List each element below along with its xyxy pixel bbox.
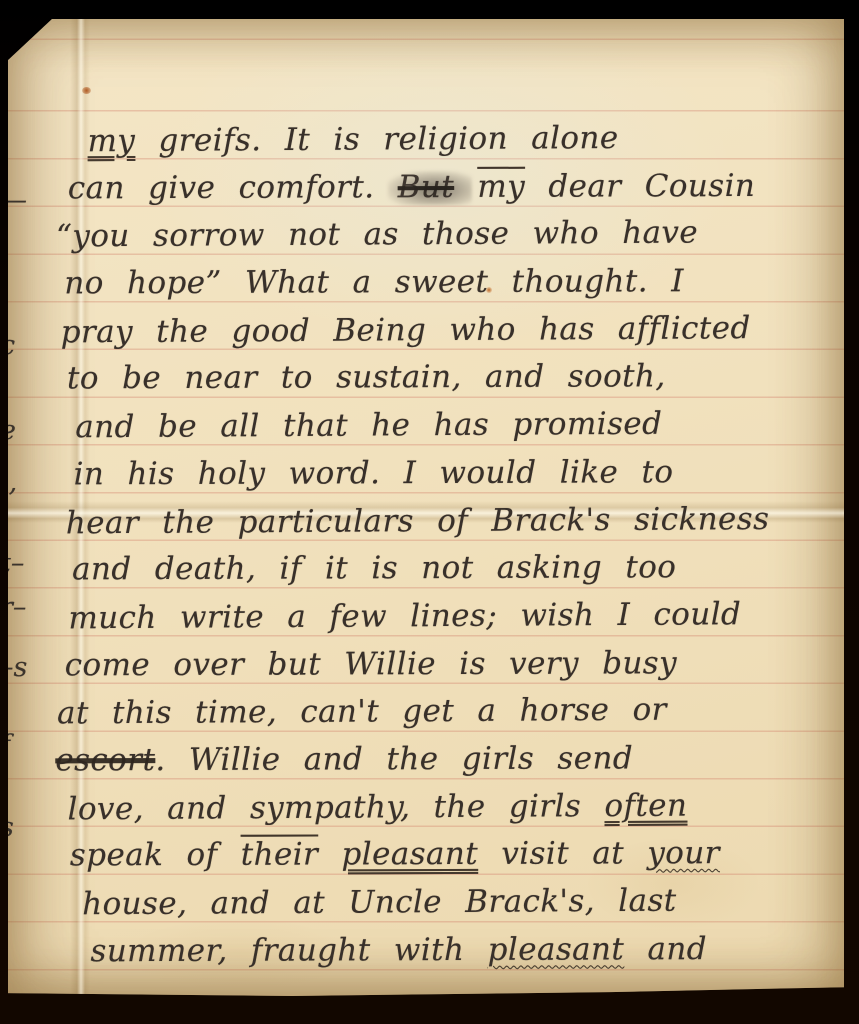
handwriting-segment: their — [241, 837, 319, 873]
handwriting-line: come over but Willie is very busy — [65, 639, 835, 689]
handwriting-segment: my — [87, 123, 135, 159]
margin-ink-fragment: e — [0, 415, 16, 446]
handwriting-line: in his holy word. I would like to — [73, 448, 833, 498]
handwriting-line: speak of their pleasant visit at your — [70, 830, 836, 880]
handwriting-segment: visit at — [478, 836, 647, 873]
margin-ink-fragment: — — [0, 185, 27, 216]
handwriting-segment: escort — [55, 742, 155, 778]
handwriting-segment: pleasant — [341, 836, 478, 872]
handwriting-segment: at this time, can't get a horse or — [57, 692, 667, 732]
margin-ink-fragment: r– — [0, 592, 26, 623]
handwriting-segment: . Willie and the girls send — [155, 740, 633, 778]
handwriting-segment: dear Cousin — [525, 168, 755, 205]
handwriting-segment: “you sorrow not as those who have — [56, 215, 698, 255]
handwriting-segment: no hope” What a sweet thought. I — [64, 263, 684, 301]
handwriting-segment: your — [647, 835, 720, 871]
margin-ink-fragment: f — [0, 730, 10, 761]
handwriting-line: at this time, can't get a horse or — [57, 686, 835, 738]
handwriting-segment: in his holy word. I would like to — [73, 454, 673, 492]
handwriting-segment: and death, if it is not asking too — [72, 549, 676, 587]
handwriting-line: “you sorrow not as those who have — [56, 209, 832, 261]
handwriting-line: hear the particulars of Brack's sickness — [66, 495, 834, 547]
handwriting-segment: love, and sympathy, the girls — [67, 788, 604, 827]
handwriting-line: pray the good Being who has afflicted — [61, 304, 833, 356]
handwriting-segment: to be near to sustain, and sooth, — [67, 359, 666, 397]
handwriting-segment: hear the particulars of Brack's sickness — [66, 501, 770, 541]
handwriting-line: my greifs. It is religion alone — [87, 114, 831, 166]
margin-ink-fragment: s — [0, 812, 14, 843]
handwriting-line: can give comfort. But my dear Cousin — [68, 162, 832, 212]
margin-ink-fragment: l, — [0, 467, 17, 498]
rust-stain — [82, 87, 91, 94]
handwriting-line: and death, if it is not asking too — [72, 544, 834, 594]
scanned-letter-page: —cel,t–r––sfs my greifs. It is religion … — [0, 0, 859, 1024]
handwriting-segment: much write a few lines; wish I could — [68, 596, 741, 636]
margin-ink-fragment: –s — [0, 652, 27, 683]
handwriting-segment: pray the good Being who has afflicted — [61, 310, 751, 350]
margin-ink-fragment: t– — [0, 548, 24, 579]
handwriting-segment: and be all that he has promised — [75, 406, 662, 446]
handwriting-line: and be all that he has promised — [75, 400, 833, 452]
handwriting-segment: my — [477, 168, 525, 204]
handwriting-segment: summer, fraught with — [90, 932, 487, 969]
handwriting-segment: speak of — [70, 837, 241, 874]
letter-paper-sheet: —cel,t–r––sfs my greifs. It is religion … — [8, 19, 844, 997]
handwriting-segment: But — [398, 169, 455, 205]
margin-ink-fragment: c — [0, 330, 15, 361]
handwriting-segment: house, and at Uncle Brack's, last — [82, 883, 677, 923]
handwriting-segment — [454, 169, 477, 205]
handwriting-line: to be near to sustain, and sooth, — [67, 353, 833, 403]
handwriting-segment: can give comfort. — [68, 169, 398, 206]
handwriting-segment: and — [624, 931, 707, 967]
handwriting-text-block: my greifs. It is religion alonecan give … — [71, 114, 836, 977]
handwriting-line: no hope” What a sweet thought. I — [64, 258, 832, 308]
handwriting-line: much write a few lines; wish I could — [68, 591, 834, 643]
handwriting-segment: greifs. It is religion alone — [135, 120, 619, 159]
handwriting-segment: often — [604, 787, 687, 824]
handwriting-segment: pleasant — [488, 931, 625, 967]
margin-ink-fragments: —cel,t–r––sfs — [8, 19, 68, 997]
handwriting-line: house, and at Uncle Brack's, last — [82, 877, 836, 929]
handwriting-segment: come over but Willie is very busy — [65, 645, 677, 683]
handwriting-line: love, and sympathy, the girls often — [67, 781, 835, 833]
handwriting-line: summer, fraught with pleasant and — [90, 925, 836, 975]
handwriting-line: escort. Willie and the girls send — [55, 735, 835, 785]
handwriting-segment — [318, 837, 341, 873]
